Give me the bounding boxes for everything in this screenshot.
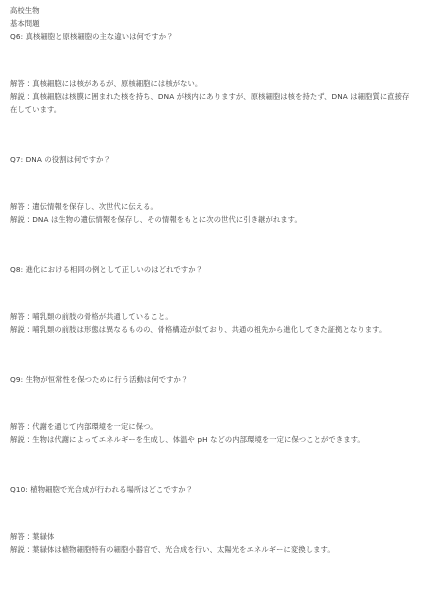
explanation-text: 解説：哺乳類の前肢は形態は異なるものの、骨格構造が似ており、共通の祖先から進化し…	[10, 323, 416, 336]
answer-text: 解答：哺乳類の前肢の骨格が共通していること。	[10, 310, 416, 323]
question-text: Q7: DNA の役割は何ですか？	[10, 153, 416, 166]
question-text: Q10: 植物細胞で光合成が行われる場所はどこですか？	[10, 483, 416, 496]
explanation-text: 解説：真核細胞は核膜に囲まれた核を持ち、DNA が核内にありますが、原核細胞は核…	[10, 90, 416, 116]
answer-text: 解答：葉緑体	[10, 530, 416, 543]
question-text: Q9: 生物が恒常性を保つために行う活動は何ですか？	[10, 373, 416, 386]
answer-text: 解答：代謝を通じて内部環境を一定に保つ。	[10, 420, 416, 433]
qa-block-q6: Q6: 真核細胞と原核細胞の主な違いは何ですか？ 解答：真核細胞には核があるが、…	[10, 30, 416, 116]
explanation-text: 解説：DNA は生物の遺伝情報を保存し、その情報をもとに次の世代に引き継がれます…	[10, 213, 416, 226]
course-title: 高校生物	[10, 4, 416, 17]
explanation-text: 解説：生物は代謝によってエネルギーを生成し、体温や pH などの内部環境を一定に…	[10, 433, 416, 446]
answer-text: 解答：真核細胞には核があるが、原核細胞には核がない。	[10, 77, 416, 90]
explanation-text: 解説：葉緑体は植物細胞特有の細胞小器官で、光合成を行い、太陽光をエネルギーに変換…	[10, 543, 416, 556]
qa-block-q8: Q8: 進化における相同の例として正しいのはどれですか？ 解答：哺乳類の前肢の骨…	[10, 263, 416, 336]
answer-text: 解答：遺伝情報を保存し、次世代に伝える。	[10, 200, 416, 213]
section-title: 基本問題	[10, 17, 416, 30]
question-text: Q6: 真核細胞と原核細胞の主な違いは何ですか？	[10, 30, 416, 43]
qa-block-q9: Q9: 生物が恒常性を保つために行う活動は何ですか？ 解答：代謝を通じて内部環境…	[10, 373, 416, 446]
document-header: 高校生物 基本問題	[10, 4, 416, 30]
qa-block-q10: Q10: 植物細胞で光合成が行われる場所はどこですか？ 解答：葉緑体 解説：葉緑…	[10, 483, 416, 556]
question-text: Q8: 進化における相同の例として正しいのはどれですか？	[10, 263, 416, 276]
document-page: 高校生物 基本問題 Q6: 真核細胞と原核細胞の主な違いは何ですか？ 解答：真核…	[0, 0, 425, 600]
qa-block-q7: Q7: DNA の役割は何ですか？ 解答：遺伝情報を保存し、次世代に伝える。 解…	[10, 153, 416, 226]
